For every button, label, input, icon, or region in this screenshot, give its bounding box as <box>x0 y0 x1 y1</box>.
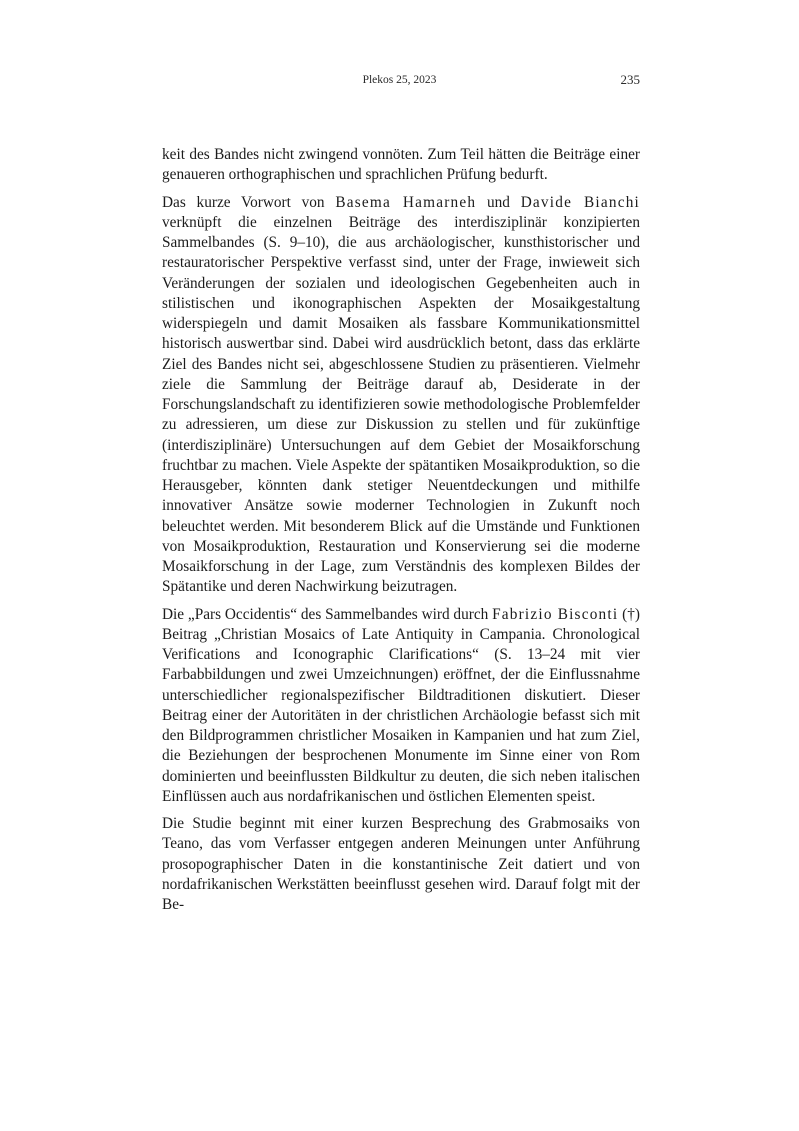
paragraph-2-post: verknüpft die einzelnen Beiträge des int… <box>162 214 640 596</box>
paragraph-2-mid: und <box>476 194 520 211</box>
journal-citation: Plekos 25, 2023 <box>0 74 799 86</box>
body-text: keit des Bandes nicht zwingend vonnöten.… <box>162 145 640 922</box>
paragraph-2-pre: Das kurze Vorwort von <box>162 194 335 211</box>
document-page: Plekos 25, 2023 235 keit des Bandes nich… <box>0 0 799 1131</box>
paragraph-1-text: keit des Bandes nicht zwingend vonnöten.… <box>162 146 640 183</box>
paragraph-4: Die Studie beginnt mit einer kurzen Besp… <box>162 814 640 915</box>
page-number: 235 <box>621 72 641 88</box>
paragraph-3-pre: Die „Pars Occidentis“ des Sammelbandes w… <box>162 606 492 623</box>
author-name-hamarneh: Basema Hamarneh <box>335 194 476 211</box>
author-name-bisconti: Fabrizio Bisconti <box>492 606 618 623</box>
paragraph-2: Das kurze Vorwort von Basema Hamarneh un… <box>162 193 640 598</box>
paragraph-1: keit des Bandes nicht zwingend vonnöten.… <box>162 145 640 186</box>
paragraph-3-post: (†) Beitrag „Christian Mosaics of Late A… <box>162 606 640 805</box>
author-name-bianchi: Davide Bianchi <box>521 194 640 211</box>
paragraph-3: Die „Pars Occidentis“ des Sammelbandes w… <box>162 605 640 808</box>
paragraph-4-text: Die Studie beginnt mit einer kurzen Besp… <box>162 815 640 913</box>
